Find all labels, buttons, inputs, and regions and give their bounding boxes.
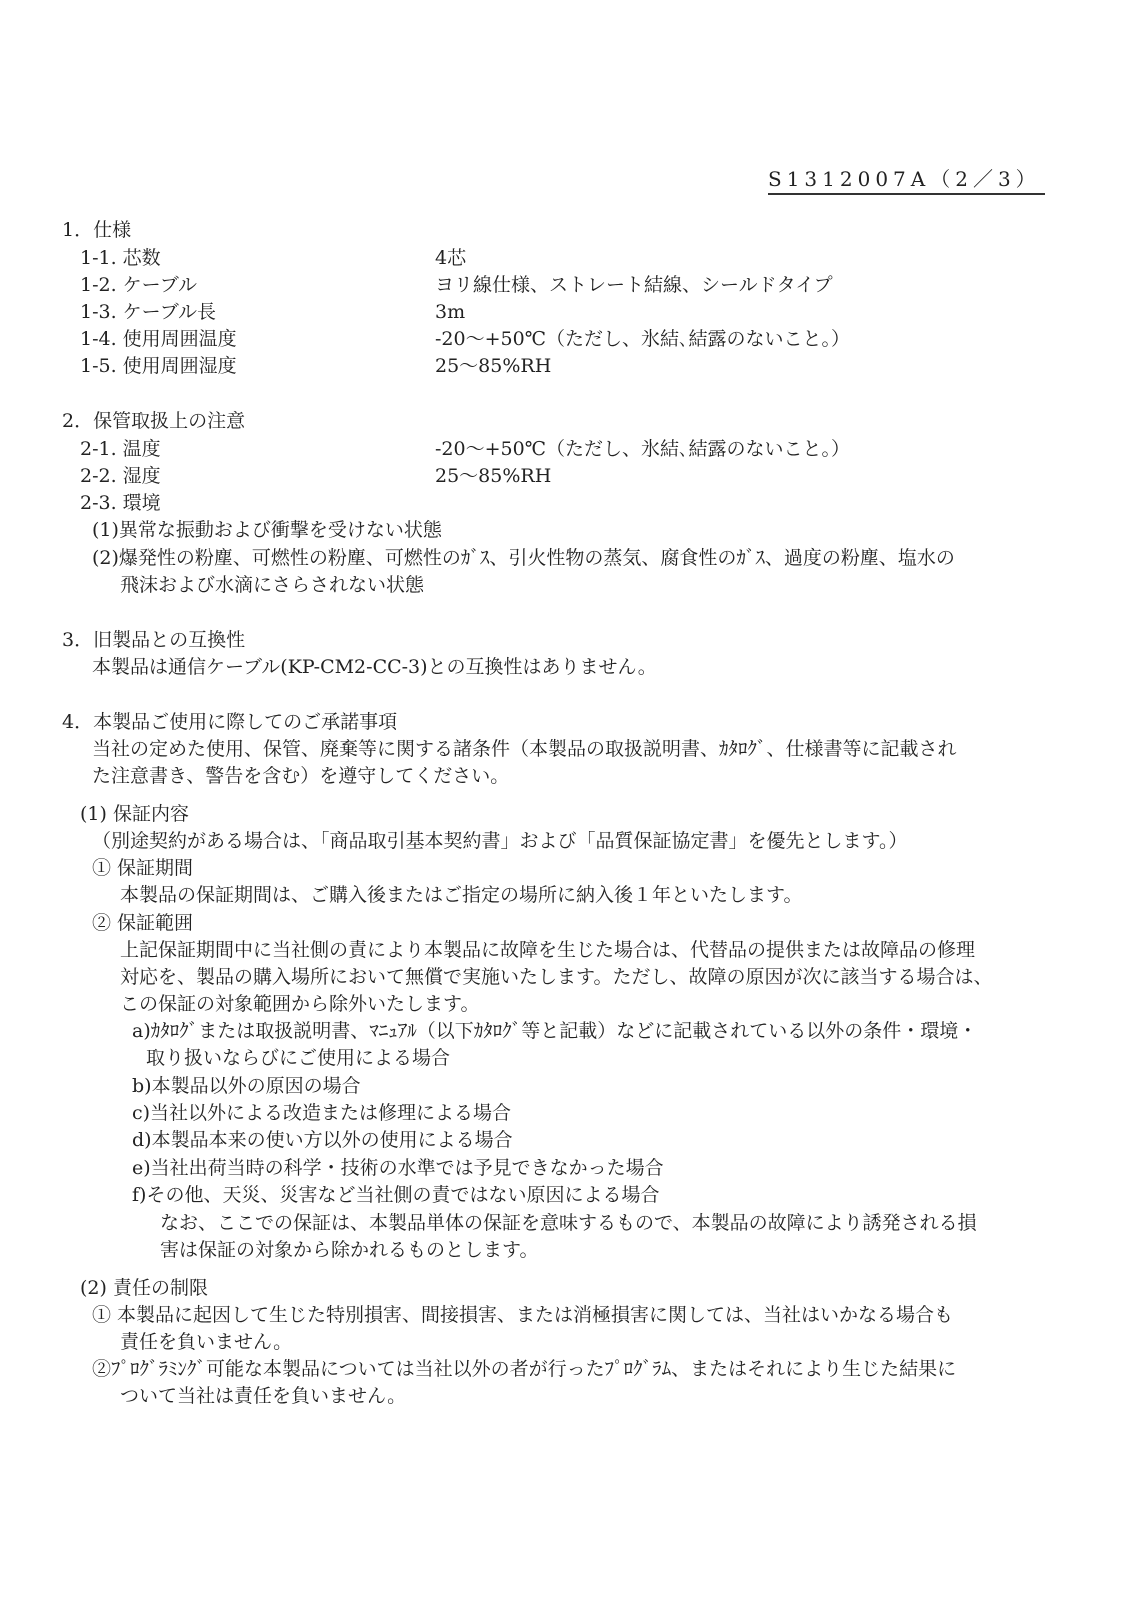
storage-value: -20～+50℃（ただし、氷結､結露のないこと。） xyxy=(435,437,850,461)
section-1-title: 1．仕様 xyxy=(62,218,131,242)
exclusion-item: e)当社出荷当時の科学・技術の水準では予見できなかった場合 xyxy=(132,1156,664,1180)
document-id: S1312007A（2／3） xyxy=(768,166,1045,195)
section-4-body: た注意書き、警告を含む）を遵守してください。 xyxy=(92,764,509,788)
warranty-note: （別途契約がある場合は、「商品取引基本契約書」および「品質保証協定書」を優先とし… xyxy=(92,829,907,853)
exclusion-item: f)その他、天災、災害など当社側の責ではない原因による場合 xyxy=(132,1183,659,1207)
storage-label: 2-1. 温度 xyxy=(80,437,161,461)
warranty-scope-body: この保証の対象範囲から除外いたします。 xyxy=(120,992,479,1016)
warranty-scope-body: 上記保証期間中に当社側の責により本製品に故障を生じた場合は、代替品の提供または故… xyxy=(120,938,975,962)
spec-value: 3m xyxy=(435,300,465,324)
warranty-scope-title: ② 保証範囲 xyxy=(92,911,193,935)
spec-value: ヨリ線仕様、ストレート結線、シールドタイプ xyxy=(435,273,833,297)
spec-label: 1-1. 芯数 xyxy=(80,246,161,270)
spec-value: 25～85%RH xyxy=(435,354,551,378)
liability-item: ついて当社は責任を負いません。 xyxy=(120,1384,406,1408)
warranty-period-title: ① 保証期間 xyxy=(92,856,193,880)
section-4-body: 当社の定めた使用、保管、廃棄等に関する諸条件（本製品の取扱説明書、ｶﾀﾛｸﾞ、仕… xyxy=(92,737,957,761)
liability-item: ②ﾌﾟﾛｸﾞﾗﾐﾝｸﾞ可能な本製品については当社以外の者が行ったﾌﾟﾛｸﾞﾗﾑ、… xyxy=(92,1357,956,1381)
exclusion-item: d)本製品本来の使い方以外の使用による場合 xyxy=(132,1128,513,1152)
liability-title: (2) 責任の制限 xyxy=(80,1276,208,1300)
spec-label: 1-2. ケーブル xyxy=(80,273,197,297)
warranty-closing: なお、ここでの保証は、本製品単体の保証を意味するもので、本製品の故障により誘発さ… xyxy=(160,1211,977,1235)
storage-value: 25～85%RH xyxy=(435,464,551,488)
environment-item: (1)異常な振動および衝撃を受けない状態 xyxy=(92,518,442,542)
spec-label: 1-5. 使用周囲湿度 xyxy=(80,354,237,378)
spec-value: -20～+50℃（ただし、氷結､結露のないこと。） xyxy=(435,327,850,351)
storage-label: 2-2. 湿度 xyxy=(80,464,161,488)
spec-label: 1-3. ケーブル長 xyxy=(80,300,216,324)
exclusion-item: a)ｶﾀﾛｸﾞまたは取扱説明書、ﾏﾆｭｱﾙ（以下ｶﾀﾛｸﾞ等と記載）などに記載さ… xyxy=(132,1019,977,1043)
exclusion-item: c)当社以外による改造または修理による場合 xyxy=(132,1101,511,1125)
warranty-period-body: 本製品の保証期間は、ご購入後またはご指定の場所に納入後１年といたします。 xyxy=(120,883,802,907)
compatibility-text: 本製品は通信ケーブル(KP-CM2-CC-3)との互換性はありません。 xyxy=(92,655,657,679)
warranty-closing: 害は保証の対象から除かれるものとします。 xyxy=(160,1238,538,1262)
spec-value: 4芯 xyxy=(435,246,466,270)
warranty-title: (1) 保証内容 xyxy=(80,802,189,826)
storage-label: 2-3. 環境 xyxy=(80,491,161,515)
section-2-title: 2．保管取扱上の注意 xyxy=(62,409,245,433)
section-4-title: 4．本製品ご使用に際してのご承諾事項 xyxy=(62,710,397,734)
liability-item: 責任を負いません。 xyxy=(120,1330,292,1354)
spec-label: 1-4. 使用周囲温度 xyxy=(80,327,237,351)
liability-item: ① 本製品に起因して生じた特別損害、間接損害、または消極損害に関しては、当社はい… xyxy=(92,1303,953,1327)
exclusion-item: b)本製品以外の原因の場合 xyxy=(132,1074,361,1098)
exclusion-item: 取り扱いならびにご使用による場合 xyxy=(146,1046,450,1070)
environment-item: (2)爆発性の粉塵、可燃性の粉塵、可燃性のｶﾞｽ、引火性物の蒸気、腐食性のｶﾞｽ… xyxy=(92,546,955,570)
warranty-scope-body: 対応を、製品の購入場所において無償で実施いたします。ただし、故障の原因が次に該当… xyxy=(120,965,992,989)
section-3-title: 3．旧製品との互換性 xyxy=(62,628,245,652)
environment-item: 飛沫および水滴にさらされない状態 xyxy=(120,573,424,597)
